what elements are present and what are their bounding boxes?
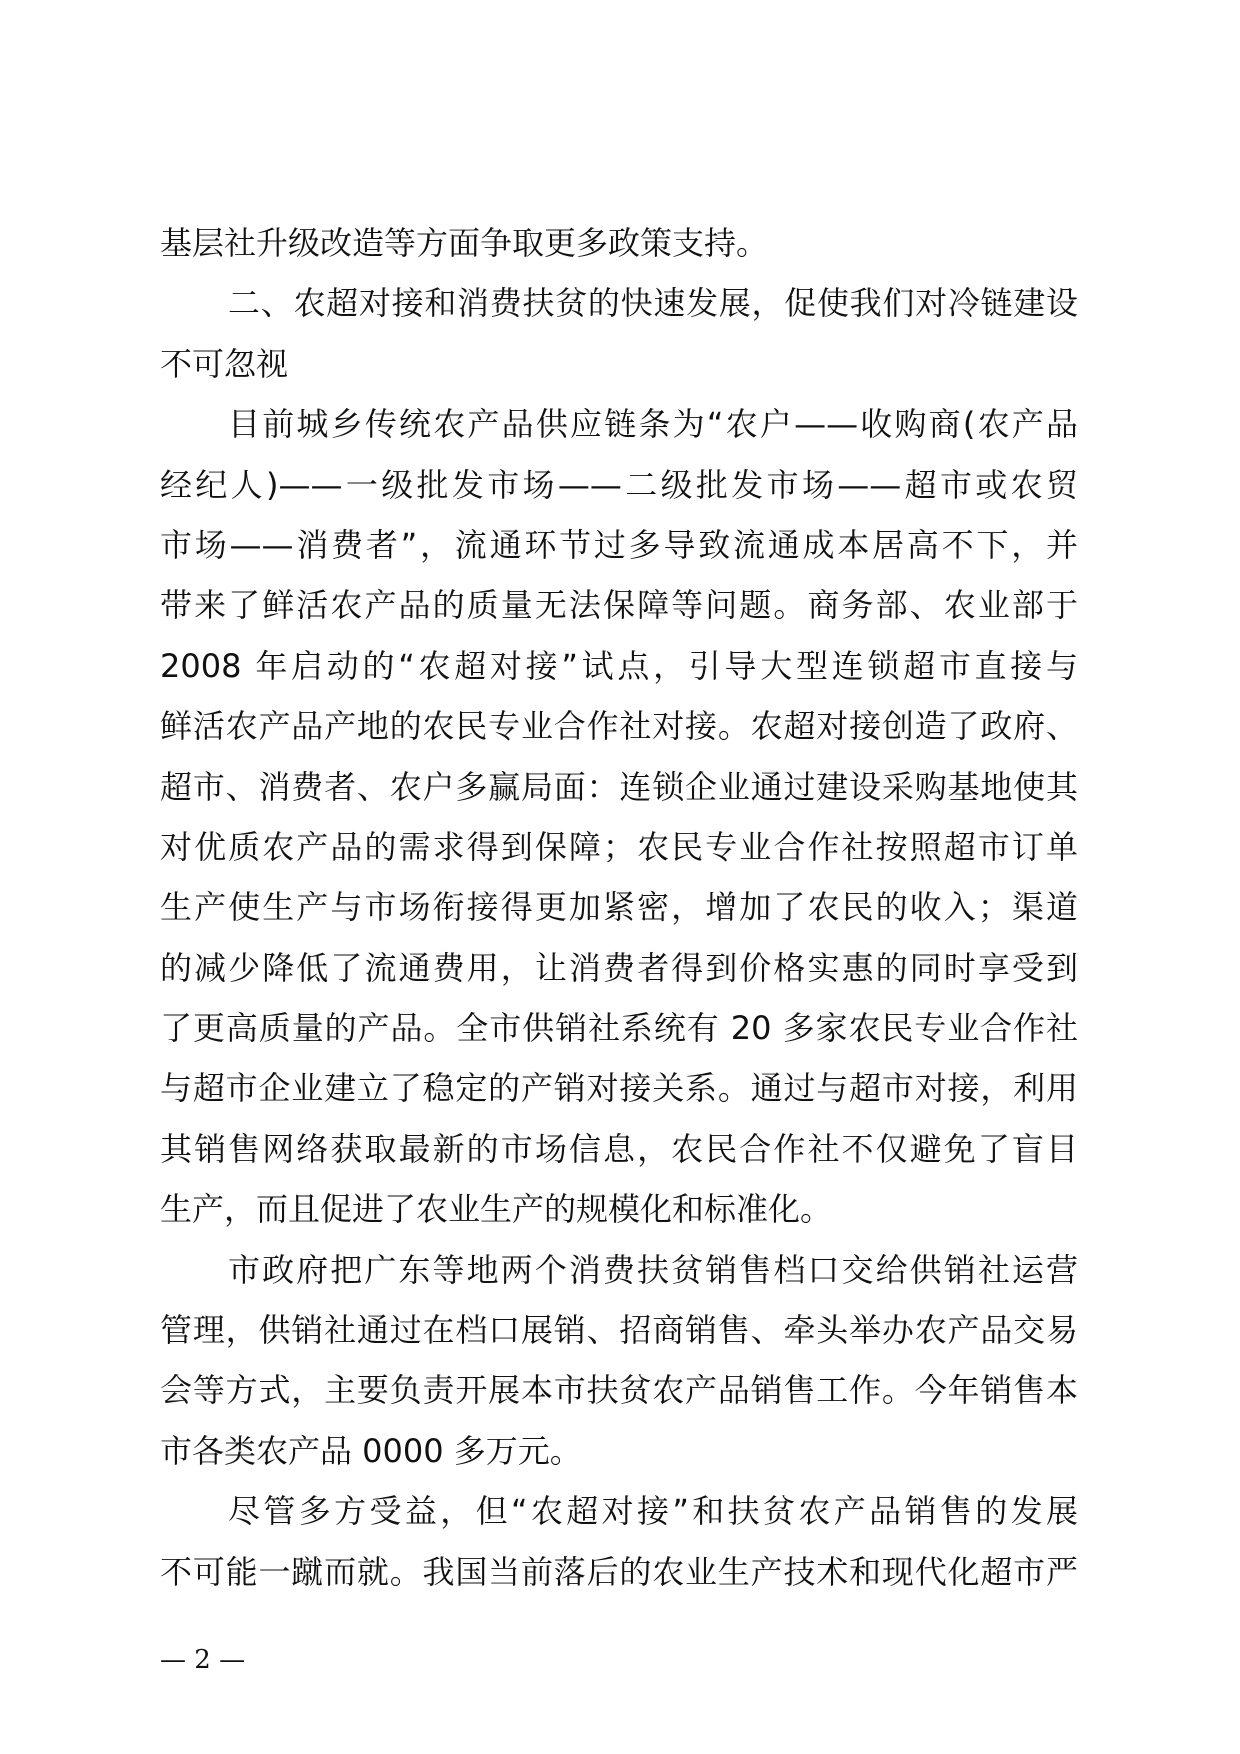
text-line: 目前城乡传统农产品供应链条为“农户——收购商(农产品	[160, 394, 1078, 454]
text-line: 经纪人)——一级批发市场——二级批发市场——超市或农贸	[160, 455, 1078, 515]
text-line: 带来了鲜活农产品的质量无法保障等问题。商务部、农业部于	[160, 575, 1078, 635]
text-line: 鲜活农产品产地的农民专业合作社对接。农超对接创造了政府、	[160, 696, 1078, 756]
text-line: 市各类农产品 0000 多万元。	[160, 1421, 1078, 1481]
text-line: 对优质农产品的需求得到保障；农民专业合作社按照超市订单	[160, 817, 1078, 877]
text-line: 生产使生产与市场衔接得更加紧密，增加了农民的收入；渠道	[160, 877, 1078, 937]
text-line: 市场——消费者”，流通环节过多导致流通成本居高不下，并	[160, 515, 1078, 575]
text-line: 生产，而且促进了农业生产的规模化和标准化。	[160, 1179, 1078, 1239]
text-line: 管理，供销社通过在档口展销、招商销售、牵头举办农产品交易	[160, 1300, 1078, 1360]
text-line: 其销售网络获取最新的市场信息，农民合作社不仅避免了盲目	[160, 1119, 1078, 1179]
text-line: 市政府把广东等地两个消费扶贫销售档口交给供销社运营	[160, 1240, 1078, 1300]
text-line: 与超市企业建立了稳定的产销对接关系。通过与超市对接，利用	[160, 1058, 1078, 1118]
text-line: 了更高质量的产品。全市供销社系统有 20 多家农民专业合作社	[160, 998, 1078, 1058]
text-line: 会等方式，主要负责开展本市扶贫农产品销售工作。今年销售本	[160, 1360, 1078, 1420]
body-text: 基层社升级改造等方面争取更多政策支持。 二、农超对接和消费扶贫的快速发展，促使我…	[160, 213, 1078, 1602]
text-line: 基层社升级改造等方面争取更多政策支持。	[160, 213, 1078, 273]
page-number: — 2 —	[160, 1645, 245, 1675]
section-heading-continued: 不可忽视	[160, 334, 1078, 394]
document-page: 基层社升级改造等方面争取更多政策支持。 二、农超对接和消费扶贫的快速发展，促使我…	[0, 0, 1240, 1754]
text-line: 不可能一蹴而就。我国当前落后的农业生产技术和现代化超市严	[160, 1542, 1078, 1602]
text-line: 的减少降低了流通费用，让消费者得到价格实惠的同时享受到	[160, 938, 1078, 998]
text-line: 超市、消费者、农户多赢局面：连锁企业通过建设采购基地使其	[160, 757, 1078, 817]
text-line: 2008 年启动的“农超对接”试点，引导大型连锁超市直接与	[160, 636, 1078, 696]
section-heading: 二、农超对接和消费扶贫的快速发展，促使我们对冷链建设	[160, 273, 1078, 333]
text-line: 尽管多方受益，但“农超对接”和扶贫农产品销售的发展	[160, 1481, 1078, 1541]
